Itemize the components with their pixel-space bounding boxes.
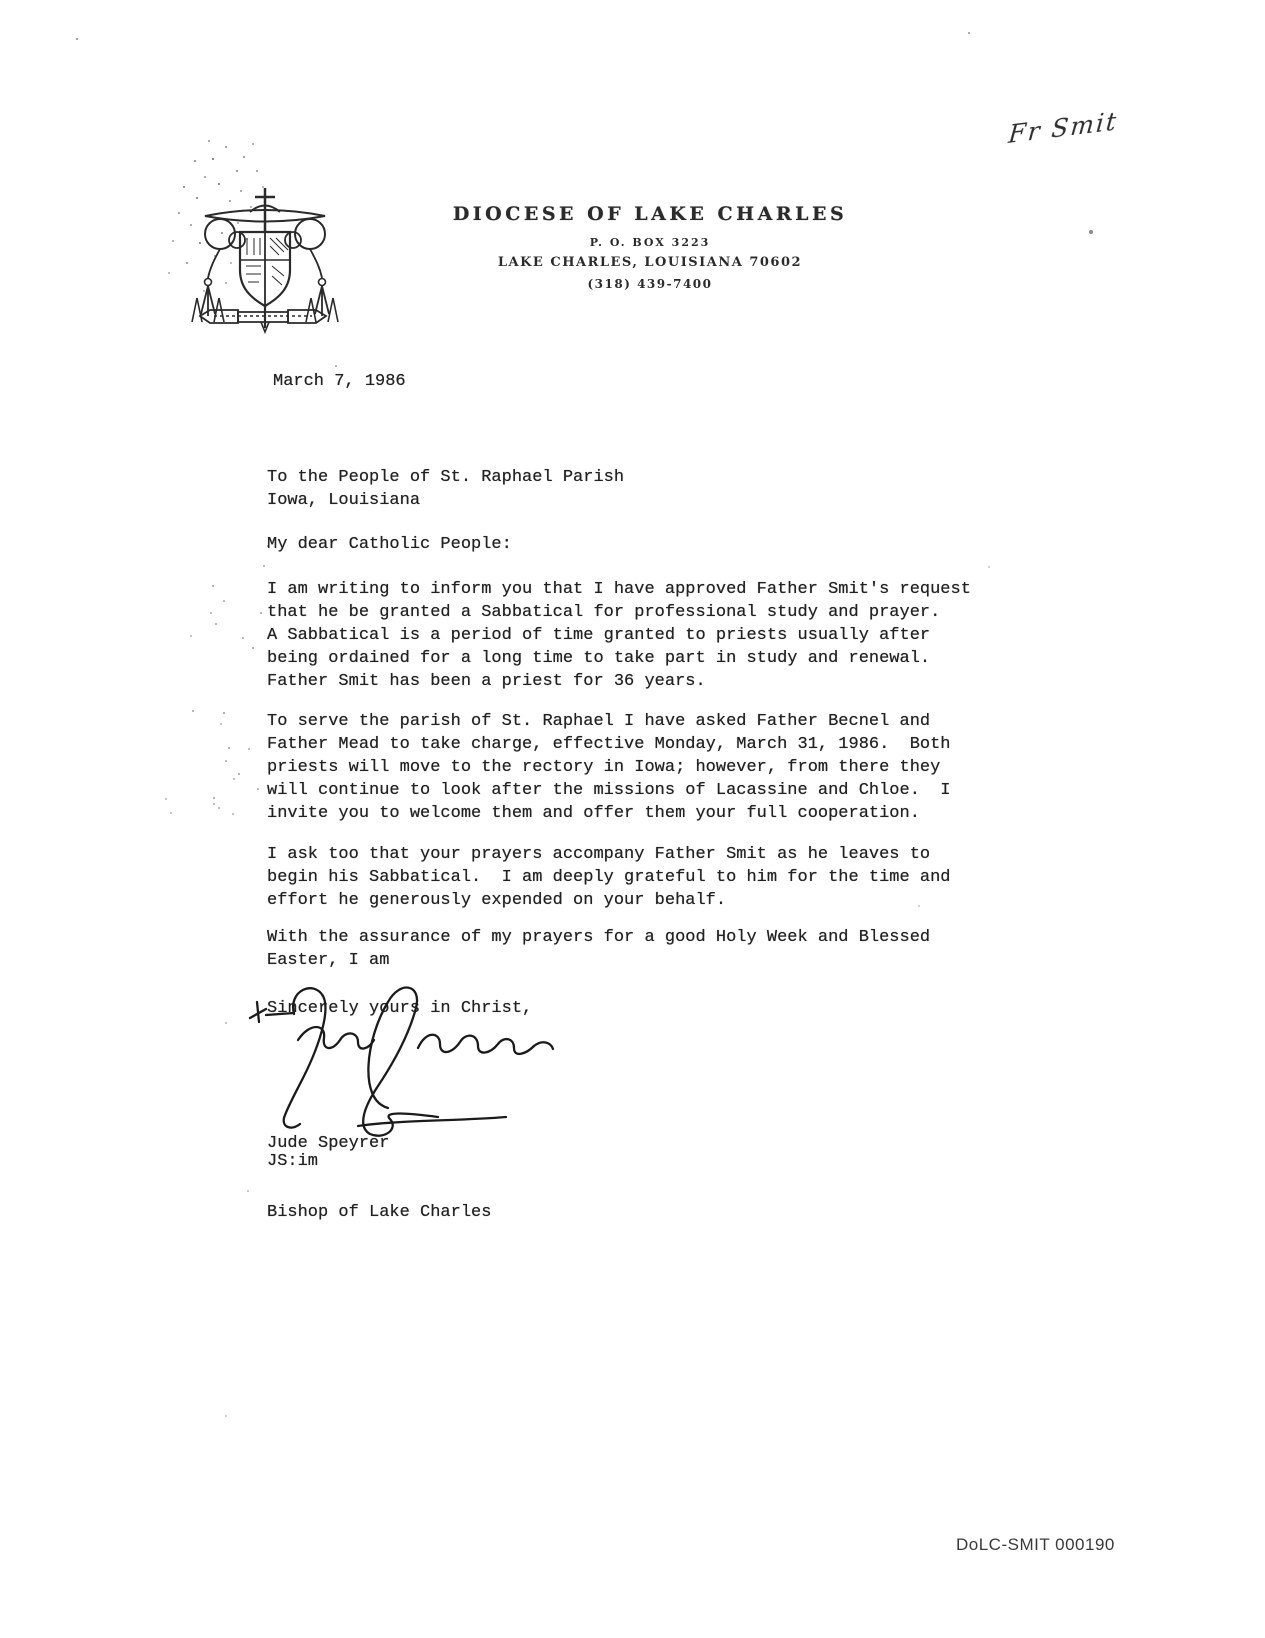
signature-scribble	[238, 978, 568, 1148]
letter-salutation: My dear Catholic People:	[267, 533, 512, 556]
letterhead-organization: DIOCESE OF LAKE CHARLES	[450, 203, 850, 225]
letter-paragraph: I am writing to inform you that I have a…	[267, 578, 971, 693]
diocese-crest-icon	[180, 182, 346, 334]
bates-number: DoLC-SMIT 000190	[956, 1535, 1115, 1555]
scan-noise-page	[0, 0, 2, 2]
letterhead-po-box: P. O. BOX 3223	[450, 236, 850, 249]
handwritten-annotation: Fr Smit	[1007, 100, 1168, 149]
letter-paragraph: With the assurance of my prayers for a g…	[267, 926, 930, 972]
signer-title: Bishop of Lake Charles	[267, 1201, 491, 1224]
letter-recipient: To the People of St. Raphael Parish Iowa…	[267, 466, 624, 512]
letter-paragraph: To serve the parish of St. Raphael I hav…	[267, 710, 951, 825]
letterhead-city-line: LAKE CHARLES, LOUISIANA 70602	[450, 255, 850, 270]
letter-paragraph: I ask too that your prayers accompany Fa…	[267, 843, 951, 912]
reference-initials: JS:im	[267, 1150, 318, 1173]
scanned-letter-page: Fr Smit	[0, 0, 1265, 1638]
letter-date: March 7, 1986	[273, 370, 406, 393]
letterhead-phone: (318) 439-7400	[450, 277, 850, 291]
